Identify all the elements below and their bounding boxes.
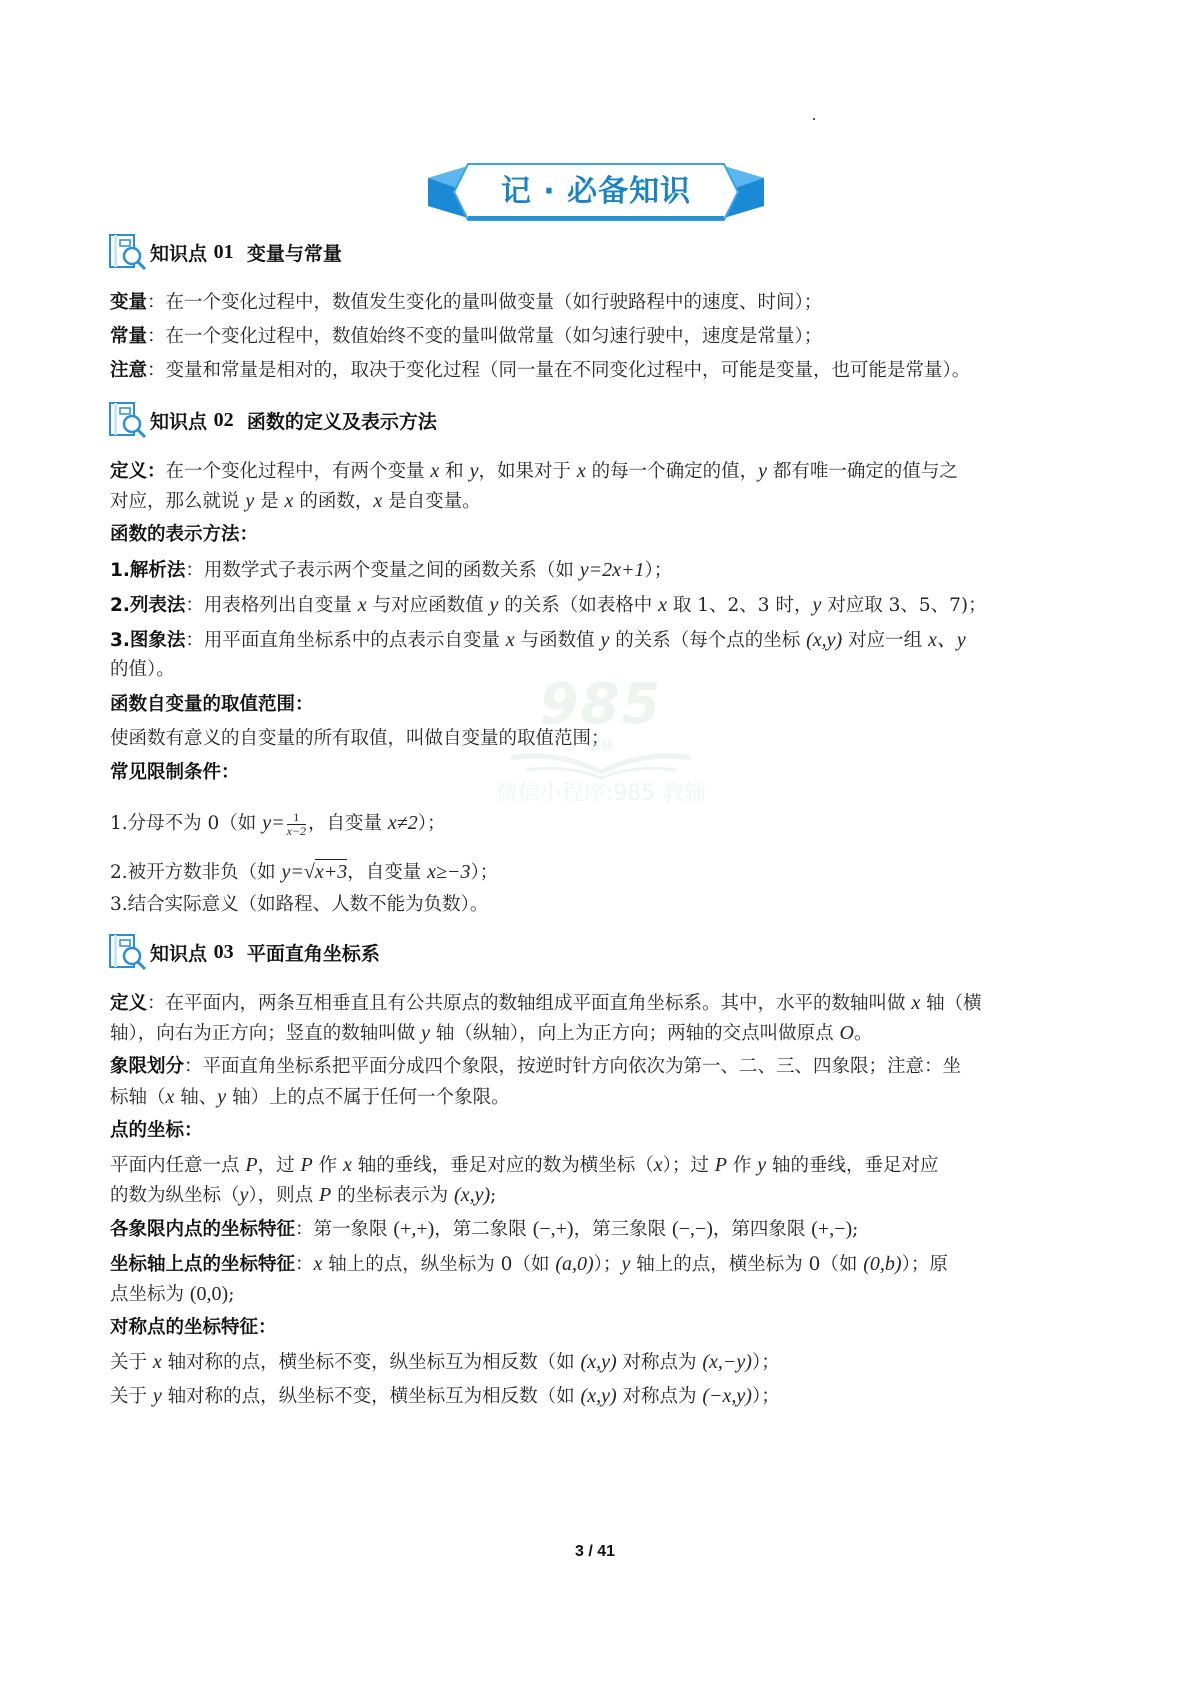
kp3-definition-line-2: 轴），向右为正方向；竖直的数轴叫做 y 轴（纵轴），向上为正方向；两轴的交点叫做… [110, 1018, 1090, 1049]
term-label: 定义 [110, 993, 147, 1014]
text: 对应，那么就说 [110, 491, 245, 512]
text: ）； [752, 1386, 780, 1407]
axis-points-line-1: 坐标轴上点的坐标特征：x 轴上的点，纵坐标为 0（如 (a,0)）；y 轴上的点… [110, 1249, 1090, 1280]
text: ，第四象限 [713, 1219, 811, 1240]
quadrant-signs-line: 各象限内点的坐标特征：第一象限 (+,+)，第二象限 (−,+)，第三象限 (−… [110, 1214, 1090, 1245]
text: ，自变量 [308, 813, 388, 834]
formula: (x,−y) [702, 1351, 752, 1373]
math-var: y [489, 594, 498, 616]
formula: (x,y) [581, 1351, 617, 1373]
text: 是 [254, 491, 284, 512]
symmetry-y-line: 关于 y 轴对称的点，纵坐标不变，横坐标互为相反数（如 (x,y) 对称点为 (… [110, 1381, 1090, 1412]
math-var: x [654, 1154, 663, 1176]
text: ，自变量 [347, 862, 427, 883]
text: ，如果对于 [478, 461, 576, 482]
term-text: ：变量和常量是相对的，取决于变化过程（同一量在不同变化过程中，可能是变量，也可能… [147, 360, 970, 381]
kp-title: 平面直角坐标系 [234, 939, 380, 966]
text: ）； [594, 1254, 622, 1275]
magnifier-book-icon [108, 932, 148, 972]
text: ：用表格列出自变量 [185, 595, 357, 616]
term-label: 各象限内点的坐标特征 [110, 1219, 295, 1240]
method-analytic: 1.解析法：用数学式子表示两个变量之间的函数关系（如 y=2x+1）； [110, 555, 1090, 586]
math-var: P [715, 1154, 727, 1176]
math-var: x [430, 460, 439, 482]
formula: (0,b) [863, 1253, 901, 1275]
math-var: y [245, 490, 254, 512]
math-var: P [301, 1154, 313, 1176]
formula: (+,−) [811, 1218, 852, 1240]
text: 的坐标表示为 [331, 1185, 454, 1206]
method-label: 2.列表法 [110, 595, 185, 616]
text: ）； [418, 813, 446, 834]
text: 轴对称的点，纵坐标不变，横坐标互为相反数（如 [162, 1386, 581, 1407]
math-var: y [758, 460, 767, 482]
text: 取 1、2、3 时， [667, 595, 812, 616]
text: ）；过 [663, 1155, 715, 1176]
point-coord-heading: 点的坐标： [110, 1116, 1090, 1146]
method-label: 1.解析法 [110, 560, 185, 581]
formula: (x,y) [454, 1184, 490, 1206]
kp-number: 02 [214, 409, 234, 432]
formula: (−,+) [533, 1218, 574, 1240]
formula: x≠2 [388, 812, 418, 834]
term-text: ：在一个变化过程中，数值发生变化的量叫做变量（如行驶路程中的速度、时间）； [147, 292, 822, 313]
symmetry-heading: 对称点的坐标特征： [110, 1313, 1090, 1343]
text: 。 [854, 1023, 873, 1044]
knowledge-point-03-heading: 知识点 03 平面直角坐标系 [108, 932, 380, 972]
text: ，过 [258, 1155, 301, 1176]
math-var: x [153, 1351, 162, 1373]
text: 轴、 [174, 1087, 217, 1108]
quadrant-line-1: 象限划分：平面直角坐标系把平面分成四个象限，按逆时针方向依次为第一、二、三、四象… [110, 1052, 1090, 1082]
text: ），则点 [248, 1185, 319, 1206]
text: ）；原 [902, 1254, 948, 1275]
method-graph: 3.图象法：用平面直角坐标系中的点表示自变量 x 与函数值 y 的关系（每个点的… [110, 625, 1090, 656]
symmetry-x-line: 关于 x 轴对称的点，横坐标不变，纵坐标互为相反数（如 (x,y) 对称点为 (… [110, 1347, 1090, 1378]
term-label: 变量 [110, 292, 147, 313]
watermark: 985 教辅 微信小程序:985 教辅 [486, 672, 716, 812]
text: 轴（纵轴），向上为正方向；两轴的交点叫做原点 [430, 1023, 840, 1044]
text: 轴的垂线，垂足对应 [766, 1155, 938, 1176]
math-var: y [421, 1022, 430, 1044]
stray-dot [813, 118, 815, 120]
text: 轴）上的点不属于任何一个象限。 [226, 1087, 509, 1108]
text: 轴（横 [920, 993, 981, 1014]
text: 轴上的点，横坐标为 0（如 [630, 1254, 863, 1275]
formula: x≥−3 [427, 861, 470, 883]
math-var: y [621, 1253, 630, 1275]
denominator: x−2 [287, 825, 306, 838]
text: 平面内任意一点 [110, 1155, 245, 1176]
math-var: y [217, 1086, 226, 1108]
magnifier-book-icon [108, 400, 148, 440]
kp-number: 03 [214, 941, 234, 964]
term-label: 常量 [110, 326, 147, 347]
text: 对称点为 [617, 1386, 703, 1407]
math-var: P [245, 1154, 257, 1176]
text: ）； [471, 862, 499, 883]
knowledge-point-02-heading: 知识点 02 函数的定义及表示方法 [108, 400, 437, 440]
term-label: 坐标轴上点的坐标特征 [110, 1254, 295, 1275]
kp-title: 变量与常量 [234, 239, 342, 266]
quadrant-line-2: 标轴（x 轴、y 轴）上的点不属于任何一个象限。 [110, 1082, 1090, 1113]
math-var: y [757, 1154, 766, 1176]
text: ，第三象限 [574, 1219, 672, 1240]
text: 作 [313, 1155, 343, 1176]
text: ： [295, 1254, 314, 1275]
section-banner: 记 · 必备知识 [428, 160, 764, 224]
text: 和 [439, 461, 469, 482]
formula: y=2x+1 [580, 559, 645, 581]
math-var: x [577, 460, 586, 482]
text: ，第二象限 [434, 1219, 532, 1240]
math-var: x [358, 594, 367, 616]
axis-points-line-2: 点坐标为 (0,0); [110, 1279, 1090, 1310]
numerator: 1 [287, 811, 306, 825]
formula: (a,0) [555, 1253, 593, 1275]
math-var: y [812, 594, 821, 616]
kp-title: 函数的定义及表示方法 [234, 407, 437, 434]
math-var: x [506, 629, 515, 651]
text: 轴上的点，纵坐标为 0（如 [322, 1254, 555, 1275]
text: 关于 [110, 1386, 153, 1407]
text: 点坐标为 [110, 1284, 190, 1305]
text: 标轴（ [110, 1087, 166, 1108]
point-coord-line-2: 的数为纵坐标（y），则点 P 的坐标表示为 (x,y); [110, 1180, 1090, 1211]
watermark-logo: 985 [506, 672, 696, 737]
text: 1.分母不为 0（如 [110, 813, 262, 834]
text: ：第一象限 [295, 1219, 393, 1240]
text: 的数为纵坐标（ [110, 1185, 240, 1206]
text: 与对应函数值 [367, 595, 490, 616]
text: 2.被开方数非负（如 [110, 862, 282, 883]
text: 轴对称的点，横坐标不变，纵坐标互为相反数（如 [162, 1352, 581, 1373]
point-coord-line-1: 平面内任意一点 P，过 P 作 x 轴的垂线，垂足对应的数为横坐标（x）；过 P… [110, 1150, 1090, 1181]
limit-radicand: 2.被开方数非负（如 y=√x+3，自变量 x≥−3）； [110, 857, 1090, 888]
fraction: 1x−2 [287, 811, 306, 838]
text: ：在平面内，两条互相垂直且有公共原点的数轴组成平面直角坐标系。其中，水平的数轴叫… [147, 993, 911, 1014]
formula: (−,−) [672, 1218, 713, 1240]
math-var: x [373, 490, 382, 512]
method-table: 2.列表法：用表格列出自变量 x 与对应函数值 y 的关系（如表格中 x 取 1… [110, 590, 1090, 621]
text: 对应取 3、5、7)； [821, 595, 986, 616]
term-label: 定义： [110, 461, 166, 482]
kp3-definition-line-1: 定义：在平面内，两条互相垂直且有公共原点的数轴组成平面直角坐标系。其中，水平的数… [110, 988, 1090, 1019]
text: ; [228, 1284, 234, 1305]
text: 与函数值 [515, 630, 601, 651]
text: 的每一个确定的值， [586, 461, 758, 482]
magnifier-book-icon [108, 232, 148, 272]
formula: y=√ [282, 861, 315, 883]
math-var: x、y [928, 629, 966, 651]
text: 作 [727, 1155, 757, 1176]
text: ：平面直角坐标系把平面分成四个象限，按逆时针方向依次为第一、二、三、四象限；注意… [184, 1056, 961, 1077]
math-var: x [658, 594, 667, 616]
text: 轴），向右为正方向；竖直的数轴叫做 [110, 1023, 421, 1044]
kp-prefix: 知识点 [150, 407, 214, 434]
kp1-variable-line: 变量：在一个变化过程中，数值发生变化的量叫做变量（如行驶路程中的速度、时间）； [110, 288, 1090, 318]
method-label: 3.图象法 [110, 630, 185, 651]
term-label: 象限划分 [110, 1056, 184, 1077]
formula: (+,+) [393, 1218, 434, 1240]
kp-prefix: 知识点 [150, 939, 214, 966]
methods-heading: 函数的表示方法： [110, 520, 1090, 550]
term-text: ：在一个变化过程中，数值始终不变的量叫做常量（如匀速行驶中，速度是常量）； [147, 326, 822, 347]
math-var: x [911, 992, 920, 1014]
term-label: 注意 [110, 360, 147, 381]
formula: (−x,y) [702, 1385, 752, 1407]
formula: (x,y) [806, 629, 842, 651]
math-var: x [343, 1154, 352, 1176]
text: 对应一组 [842, 630, 928, 651]
text: ：用数学式子表示两个变量之间的函数关系（如 [185, 560, 579, 581]
knowledge-point-01-heading: 知识点 01 变量与常量 [108, 232, 342, 272]
page-number: 3 / 41 [0, 1543, 1190, 1561]
math-var: y [600, 629, 609, 651]
kp-number: 01 [214, 241, 234, 264]
text: 在一个变化过程中，有两个变量 [166, 461, 431, 482]
kp2-definition-line-2: 对应，那么就说 y 是 x 的函数，x 是自变量。 [110, 486, 1090, 517]
radicand: x+3 [315, 859, 347, 883]
kp1-note-line: 注意：变量和常量是相对的，取决于变化过程（同一量在不同变化过程中，可能是变量，也… [110, 356, 1090, 386]
text: 都有唯一确定的值与之 [767, 461, 958, 482]
text: 的关系（如表格中 [498, 595, 658, 616]
math-var: y [153, 1385, 162, 1407]
text: 轴的垂线，垂足对应的数为横坐标（ [352, 1155, 654, 1176]
kp-prefix: 知识点 [150, 239, 214, 266]
formula: (0,0) [190, 1283, 228, 1305]
formula: y= [262, 812, 284, 834]
text: 是自变量。 [382, 491, 480, 512]
limit-practical: 3.结合实际意义（如路程、人数不能为负数）。 [110, 890, 1090, 920]
text: ; [852, 1219, 858, 1240]
math-var: P [319, 1184, 331, 1206]
kp2-definition-line-1: 定义：在一个变化过程中，有两个变量 x 和 y，如果对于 x 的每一个确定的值，… [110, 456, 1090, 487]
kp1-constant-line: 常量：在一个变化过程中，数值始终不变的量叫做常量（如匀速行驶中，速度是常量）； [110, 322, 1090, 352]
text: ）； [752, 1352, 780, 1373]
math-var: O [840, 1022, 854, 1044]
banner-title: 记 · 必备知识 [428, 160, 764, 224]
text: 的关系（每个点的坐标 [609, 630, 806, 651]
text: ：用平面直角坐标系中的点表示自变量 [185, 630, 505, 651]
limit-denominator: 1.分母不为 0（如 y=1x−2，自变量 x≠2）； [110, 808, 1090, 839]
text: 对称点为 [617, 1352, 703, 1373]
watermark-text: 微信小程序:985 教辅 [486, 776, 716, 807]
text: 关于 [110, 1352, 153, 1373]
text: 的函数， [293, 491, 373, 512]
formula: (x,y) [581, 1385, 617, 1407]
text: ; [490, 1185, 496, 1206]
text: ）； [645, 560, 673, 581]
